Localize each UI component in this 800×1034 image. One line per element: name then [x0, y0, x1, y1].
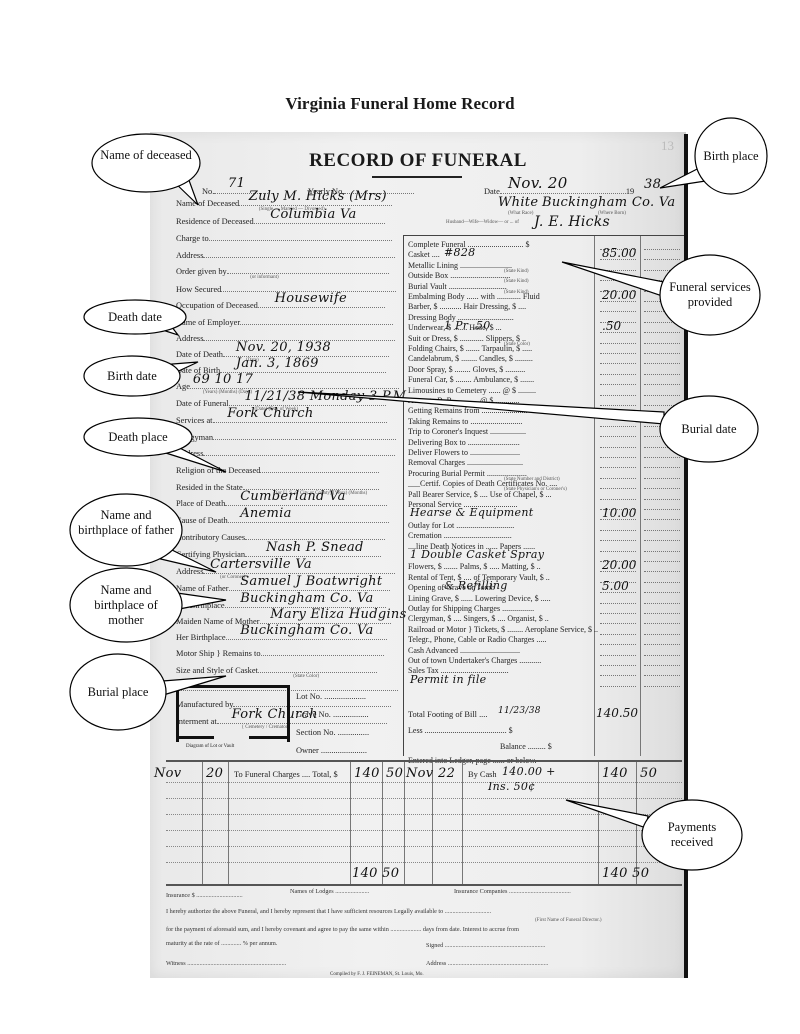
callout-text: Payments received	[650, 820, 734, 850]
